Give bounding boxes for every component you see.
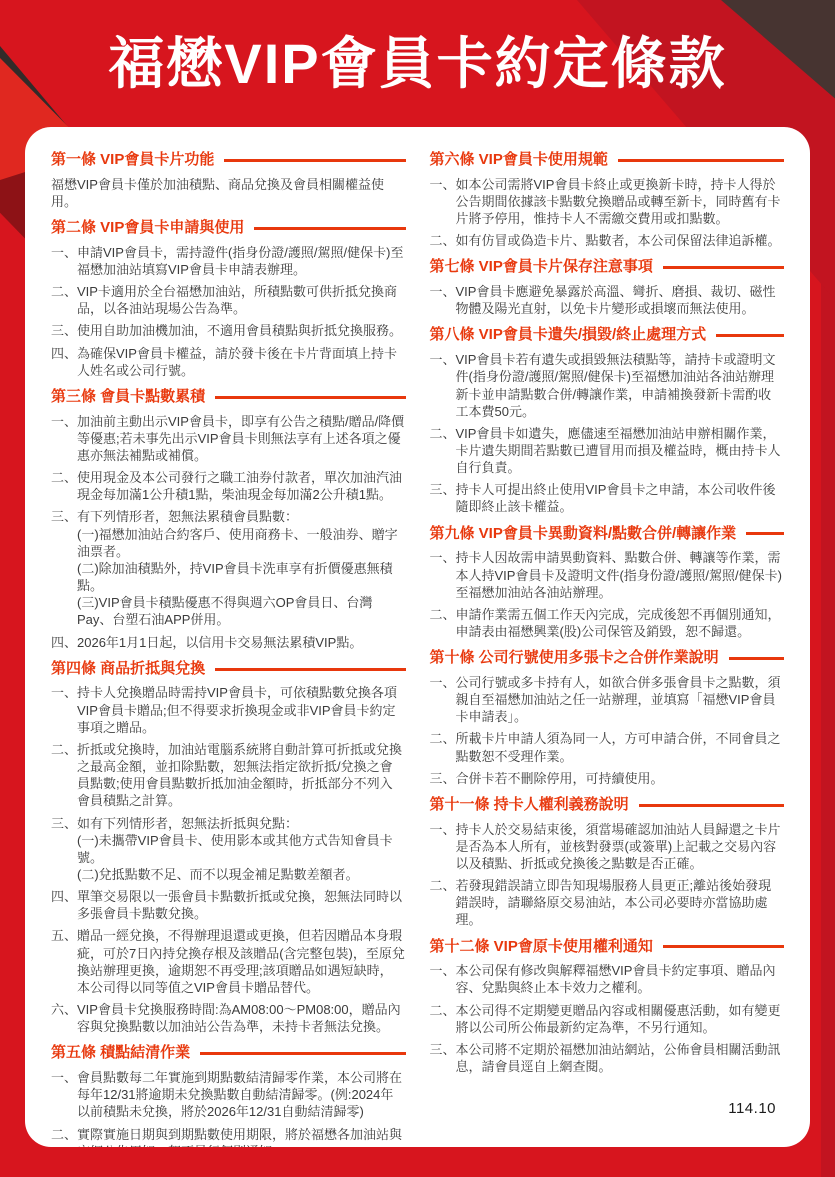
term-item: 一、申請VIP會員卡，需持證件(指身份證/護照/駕照/健保卡)至福懋加油站填寫V… [51,244,406,278]
term-item-text: 四、2026年1月1日起，以信用卡交易無法累積VIP點。 [51,634,406,651]
section-heading-text: 第十二條 VIP會原卡使用權利通知 [430,938,653,957]
term-subitem: (一)福懋加油站合約客戶、使用商務卡、一般油券、贈字油票者。 [51,526,406,560]
term-item-text: 四、為確保VIP會員卡權益，請於發卡後在卡片背面填上持卡人姓名或公司行號。 [51,345,406,379]
section-heading: 第二條 VIP會員卡申請與使用 [51,219,406,238]
term-item: 二、所載卡片申請人須為同一人，方可申請合併，不同會員之點數恕不受理作業。 [430,730,785,764]
terms-column-right: 第六條 VIP會員卡使用規範一、如本公司需將VIP會員卡終止或更換新卡時，持卡人… [430,151,785,1147]
term-item-text: 三、本公司將不定期於福懋加油站網站，公佈會員相關活動訊息，請會員逕自上網查閱。 [430,1041,785,1075]
term-item: 三、使用自助加油機加油，不適用會員積點與折抵兌換服務。 [51,322,406,339]
term-item: 一、會員點數每二年實施到期點數結清歸零作業，本公司將在每年12/31將逾期未兌換… [51,1069,406,1120]
term-item: 四、2026年1月1日起，以信用卡交易無法累積VIP點。 [51,634,406,651]
heading-rule [729,657,784,660]
heading-rule [746,532,784,535]
section-heading: 第六條 VIP會員卡使用規範 [430,151,785,170]
term-item-text: 一、本公司保有修改與解釋福懋VIP會員卡約定事項、贈品內容、兌點與終止本卡效力之… [430,962,785,996]
term-item-text: 福懋VIP會員卡僅於加油積點、商品兌換及會員相關權益使用。 [51,176,406,210]
term-item: 一、加油前主動出示VIP會員卡，即享有公告之積點/贈品/降價等優惠;若未事先出示… [51,413,406,464]
section-heading-text: 第六條 VIP會員卡使用規範 [430,151,608,170]
section-heading-text: 第十一條 持卡人權利義務說明 [430,796,629,815]
heading-rule [618,159,784,162]
term-subitem: (一)未攜帶VIP會員卡、使用影本或其他方式告知會員卡號。 [51,832,406,866]
terms-columns: 第一條 VIP會員卡片功能福懋VIP會員卡僅於加油積點、商品兌換及會員相關權益使… [51,151,784,1147]
term-item: 三、本公司將不定期於福懋加油站網站，公佈會員相關活動訊息，請會員逕自上網查閱。 [430,1041,785,1075]
term-item: 三、合併卡若不刪除停用，可持續使用。 [430,770,785,787]
page-title: 福懋VIP會員卡約定條款 [0,32,835,96]
term-item-text: 六、VIP會員卡兌換服務時間:為AM08:00～PM08:00，贈品內容與兌換點… [51,1001,406,1035]
term-item: 三、如有下列情形者，恕無法折抵與兌點：(一)未攜帶VIP會員卡、使用影本或其他方… [51,815,406,884]
term-item-text: 三、持卡人可提出終止使用VIP會員卡之申請，本公司收件後隨即終止該卡權益。 [430,481,785,515]
section-heading-text: 第十條 公司行號使用多張卡之合併作業說明 [430,649,719,668]
term-item: 二、若發現錯誤請立即告知現場服務人員更正;離站後始發現錯誤時，請聯絡原交易油站，… [430,877,785,928]
term-subitem: (三)VIP會員卡積點優惠不得與週六OP會員日、台灣Pay、台塑石油APP併用。 [51,594,406,628]
term-subitem: (二)除加油積點外，持VIP會員卡洗車享有折價優惠無積點。 [51,560,406,594]
term-item: 一、VIP會員卡應避免暴露於高溫、彎折、磨損、裁切、磁性物體及陽光直射，以免卡片… [430,283,785,317]
term-item-text: 二、申請作業需五個工作天內完成，完成後恕不再個別通知，申請表由福懋興業(股)公司… [430,606,785,640]
term-item: 四、單筆交易限以一張會員卡點數折抵或兌換，恕無法同時以多張會員卡點數兌換。 [51,888,406,922]
term-item-text: 一、持卡人兌換贈品時需持VIP會員卡，可依積點數兌換各項VIP會員卡贈品;但不得… [51,684,406,735]
version-number: 114.10 [728,1099,776,1119]
term-item: 二、使用現金及本公司發行之職工油券付款者，單次加油汽油現金每加滿1公升積1點，柴… [51,469,406,503]
term-item: 二、申請作業需五個工作天內完成，完成後恕不再個別通知，申請表由福懋興業(股)公司… [430,606,785,640]
section-heading: 第十一條 持卡人權利義務說明 [430,796,785,815]
term-item-text: 一、VIP會員卡應避免暴露於高溫、彎折、磨損、裁切、磁性物體及陽光直射，以免卡片… [430,283,785,317]
term-item-text: 一、公司行號或多卡持有人，如欲合併多張會員卡之點數，須親自至福懋加油站之任一站辦… [430,674,785,725]
term-item: 二、如有仿冒或偽造卡片、點數者，本公司保留法律追訴權。 [430,232,785,249]
section-heading: 第五條 積點結清作業 [51,1044,406,1063]
section-heading: 第九條 VIP會員卡異動資料/點數合併/轉讓作業 [430,525,785,544]
section-heading-text: 第九條 VIP會員卡異動資料/點數合併/轉讓作業 [430,525,737,544]
term-item-text: 二、所載卡片申請人須為同一人，方可申請合併，不同會員之點數恕不受理作業。 [430,730,785,764]
term-item: 福懋VIP會員卡僅於加油積點、商品兌換及會員相關權益使用。 [51,176,406,210]
heading-rule [716,334,784,337]
term-item-text: 一、VIP會員卡若有遺失或損毀無法積點等，請持卡或證明文件(指身份證/護照/駕照… [430,351,785,420]
term-item: 一、VIP會員卡若有遺失或損毀無法積點等，請持卡或證明文件(指身份證/護照/駕照… [430,351,785,420]
section-heading-text: 第七條 VIP會員卡片保存注意事項 [430,258,653,277]
term-item-text: 三、使用自助加油機加油，不適用會員積點與折抵兌換服務。 [51,322,406,339]
section-heading: 第十二條 VIP會原卡使用權利通知 [430,938,785,957]
term-item: 一、公司行號或多卡持有人，如欲合併多張會員卡之點數，須親自至福懋加油站之任一站辦… [430,674,785,725]
heading-rule [224,159,405,162]
section-heading: 第十條 公司行號使用多張卡之合併作業說明 [430,649,785,668]
section-heading: 第三條 會員卡點數累積 [51,388,406,407]
term-item: 三、有下列情形者，恕無法累積會員點數：(一)福懋加油站合約客戶、使用商務卡、一般… [51,508,406,628]
term-item-text: 一、申請VIP會員卡，需持證件(指身份證/護照/駕照/健保卡)至福懋加油站填寫V… [51,244,406,278]
term-item-text: 二、VIP會員卡如遺失，應儘速至福懋加油站申辦相關作業，卡片遺失期間若點數已遭冒… [430,425,785,476]
heading-rule [215,396,405,399]
section-heading: 第七條 VIP會員卡片保存注意事項 [430,258,785,277]
term-item: 二、VIP會員卡如遺失，應儘速至福懋加油站申辦相關作業，卡片遺失期間若點數已遭冒… [430,425,785,476]
term-item-text: 五、贈品一經兌換，不得辦理退還或更換，但若因贈品本身瑕疵，可於7日內持兌換存根及… [51,927,406,996]
term-item-text: 二、使用現金及本公司發行之職工油券付款者，單次加油汽油現金每加滿1公升積1點，柴… [51,469,406,503]
section-heading: 第四條 商品折抵與兌換 [51,660,406,679]
term-item-text: 二、本公司得不定期變更贈品內容或相關優惠活動，如有變更將以公司所公佈最新約定為準… [430,1002,785,1036]
term-item: 一、如本公司需將VIP會員卡終止或更換新卡時，持卡人得於公告期間依據該卡點數兌換… [430,176,785,227]
heading-rule [663,945,784,948]
term-item-text: 二、實際實施日期與到期點數使用期限，將於福懋各加油站與官網公告周知，恕不另行個別… [51,1126,406,1147]
section-heading: 第八條 VIP會員卡遺失/損毀/終止處理方式 [430,326,785,345]
term-item-text: 二、若發現錯誤請立即告知現場服務人員更正;離站後始發現錯誤時，請聯絡原交易油站，… [430,877,785,928]
term-item: 一、持卡人於交易結束後，須當場確認加油站人員歸還之卡片是否為本人所有，並核對發票… [430,821,785,872]
term-item-text: 三、如有下列情形者，恕無法折抵與兌點： [51,815,406,832]
term-item-text: 一、持卡人因故需申請異動資料、點數合併、轉讓等作業，需本人持VIP會員卡及證明文… [430,549,785,600]
heading-rule [639,804,784,807]
heading-rule [200,1052,405,1055]
term-item: 六、VIP會員卡兌換服務時間:為AM08:00～PM08:00，贈品內容與兌換點… [51,1001,406,1035]
poster-page: 福懋VIP會員卡約定條款 第一條 VIP會員卡片功能福懋VIP會員卡僅於加油積點… [0,0,835,1177]
section-heading-text: 第一條 VIP會員卡片功能 [51,151,214,170]
term-item-text: 二、折抵或兌換時，加油站電腦系統將自動計算可折抵或兌換之最高金額，並扣除點數，恕… [51,741,406,810]
terms-column-left: 第一條 VIP會員卡片功能福懋VIP會員卡僅於加油積點、商品兌換及會員相關權益使… [51,151,406,1147]
term-item: 四、為確保VIP會員卡權益，請於發卡後在卡片背面填上持卡人姓名或公司行號。 [51,345,406,379]
term-item-text: 二、如有仿冒或偽造卡片、點數者，本公司保留法律追訴權。 [430,232,785,249]
term-item-text: 三、合併卡若不刪除停用，可持續使用。 [430,770,785,787]
term-item-text: 四、單筆交易限以一張會員卡點數折抵或兌換，恕無法同時以多張會員卡點數兌換。 [51,888,406,922]
term-item: 一、本公司保有修改與解釋福懋VIP會員卡約定事項、贈品內容、兌點與終止本卡效力之… [430,962,785,996]
term-subitem: (二)兌抵點數不足、而不以現金補足點數差額者。 [51,866,406,883]
terms-card: 第一條 VIP會員卡片功能福懋VIP會員卡僅於加油積點、商品兌換及會員相關權益使… [25,127,810,1147]
term-item-text: 二、VIP卡適用於全台福懋加油站，所積點數可供折抵兌換商品，以各油站現場公告為準… [51,283,406,317]
term-item: 三、持卡人可提出終止使用VIP會員卡之申請，本公司收件後隨即終止該卡權益。 [430,481,785,515]
term-item: 二、折抵或兌換時，加油站電腦系統將自動計算可折抵或兌換之最高金額，並扣除點數，恕… [51,741,406,810]
term-item-text: 一、如本公司需將VIP會員卡終止或更換新卡時，持卡人得於公告期間依據該卡點數兌換… [430,176,785,227]
heading-rule [663,266,784,269]
term-item-text: 一、持卡人於交易結束後，須當場確認加油站人員歸還之卡片是否為本人所有，並核對發票… [430,821,785,872]
term-item-text: 一、會員點數每二年實施到期點數結清歸零作業，本公司將在每年12/31將逾期未兌換… [51,1069,406,1120]
term-item: 二、本公司得不定期變更贈品內容或相關優惠活動，如有變更將以公司所公佈最新約定為準… [430,1002,785,1036]
term-item-text: 一、加油前主動出示VIP會員卡，即享有公告之積點/贈品/降價等優惠;若未事先出示… [51,413,406,464]
term-item: 一、持卡人兌換贈品時需持VIP會員卡，可依積點數兌換各項VIP會員卡贈品;但不得… [51,684,406,735]
section-heading-text: 第五條 積點結清作業 [51,1044,190,1063]
section-heading-text: 第三條 會員卡點數累積 [51,388,205,407]
section-heading-text: 第二條 VIP會員卡申請與使用 [51,219,244,238]
term-item: 二、實際實施日期與到期點數使用期限，將於福懋各加油站與官網公告周知，恕不另行個別… [51,1126,406,1147]
term-item: 五、贈品一經兌換，不得辦理退還或更換，但若因贈品本身瑕疵，可於7日內持兌換存根及… [51,927,406,996]
term-item-text: 三、有下列情形者，恕無法累積會員點數： [51,508,406,525]
heading-rule [215,668,405,671]
term-item: 二、VIP卡適用於全台福懋加油站，所積點數可供折抵兌換商品，以各油站現場公告為準… [51,283,406,317]
term-item: 一、持卡人因故需申請異動資料、點數合併、轉讓等作業，需本人持VIP會員卡及證明文… [430,549,785,600]
section-heading: 第一條 VIP會員卡片功能 [51,151,406,170]
section-heading-text: 第四條 商品折抵與兌換 [51,660,205,679]
heading-rule [254,227,405,230]
section-heading-text: 第八條 VIP會員卡遺失/損毀/終止處理方式 [430,326,707,345]
